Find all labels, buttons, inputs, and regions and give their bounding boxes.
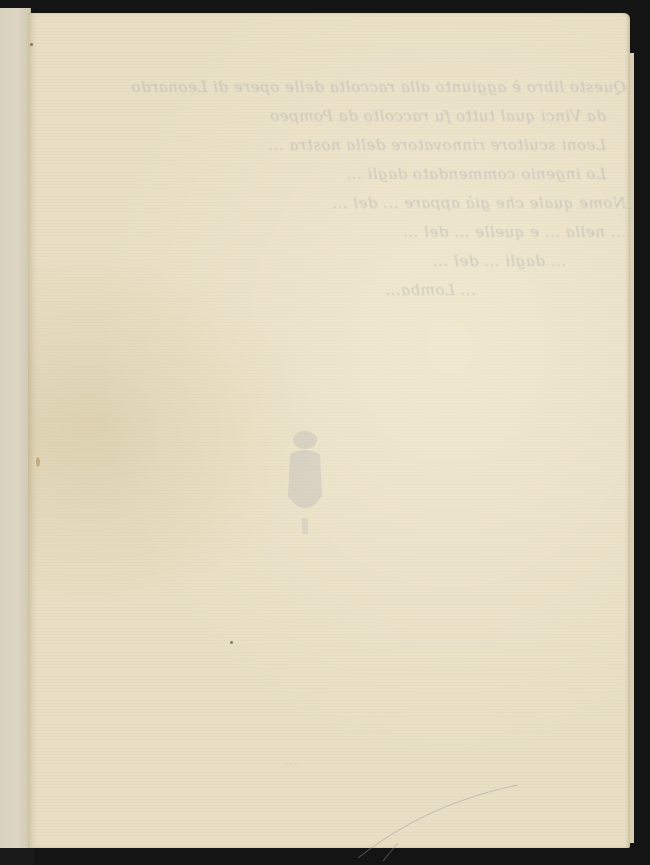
bleed-line-5: Nome quale che già appare ... del ... (66, 189, 626, 218)
bleed-through-text: Questo libro è aggiunto alla raccolta de… (66, 73, 626, 305)
faint-bottom-inscription: ... (98, 753, 298, 775)
library-stamp-icon (284, 426, 326, 536)
ink-speck (30, 43, 33, 46)
paper-crease (328, 773, 588, 863)
bleed-line-1: Questo libro è aggiunto alla raccolta de… (66, 73, 626, 102)
bleed-line-2: da Vinci qual tutto fu raccolto da Pompe… (66, 102, 626, 131)
ink-speck (230, 641, 233, 644)
bleed-line-3: Leoni scultore rinnovatore della nostra … (66, 131, 626, 160)
bleed-line-6: ... nella ... e quelle ... del ... (66, 218, 626, 247)
book-flyleaf (0, 8, 31, 858)
manuscript-page: Questo libro è aggiunto alla raccolta de… (28, 13, 630, 848)
page-fore-edge (630, 53, 634, 843)
book-shadow-bottom (0, 848, 34, 865)
bleed-line-8: ... Lomba... (66, 276, 626, 305)
bleed-line-4: Lo ingenio commendato dagli ... (66, 160, 626, 189)
ink-speck (36, 457, 40, 467)
bleed-line-7: ... dagli ... del ... (66, 247, 626, 276)
